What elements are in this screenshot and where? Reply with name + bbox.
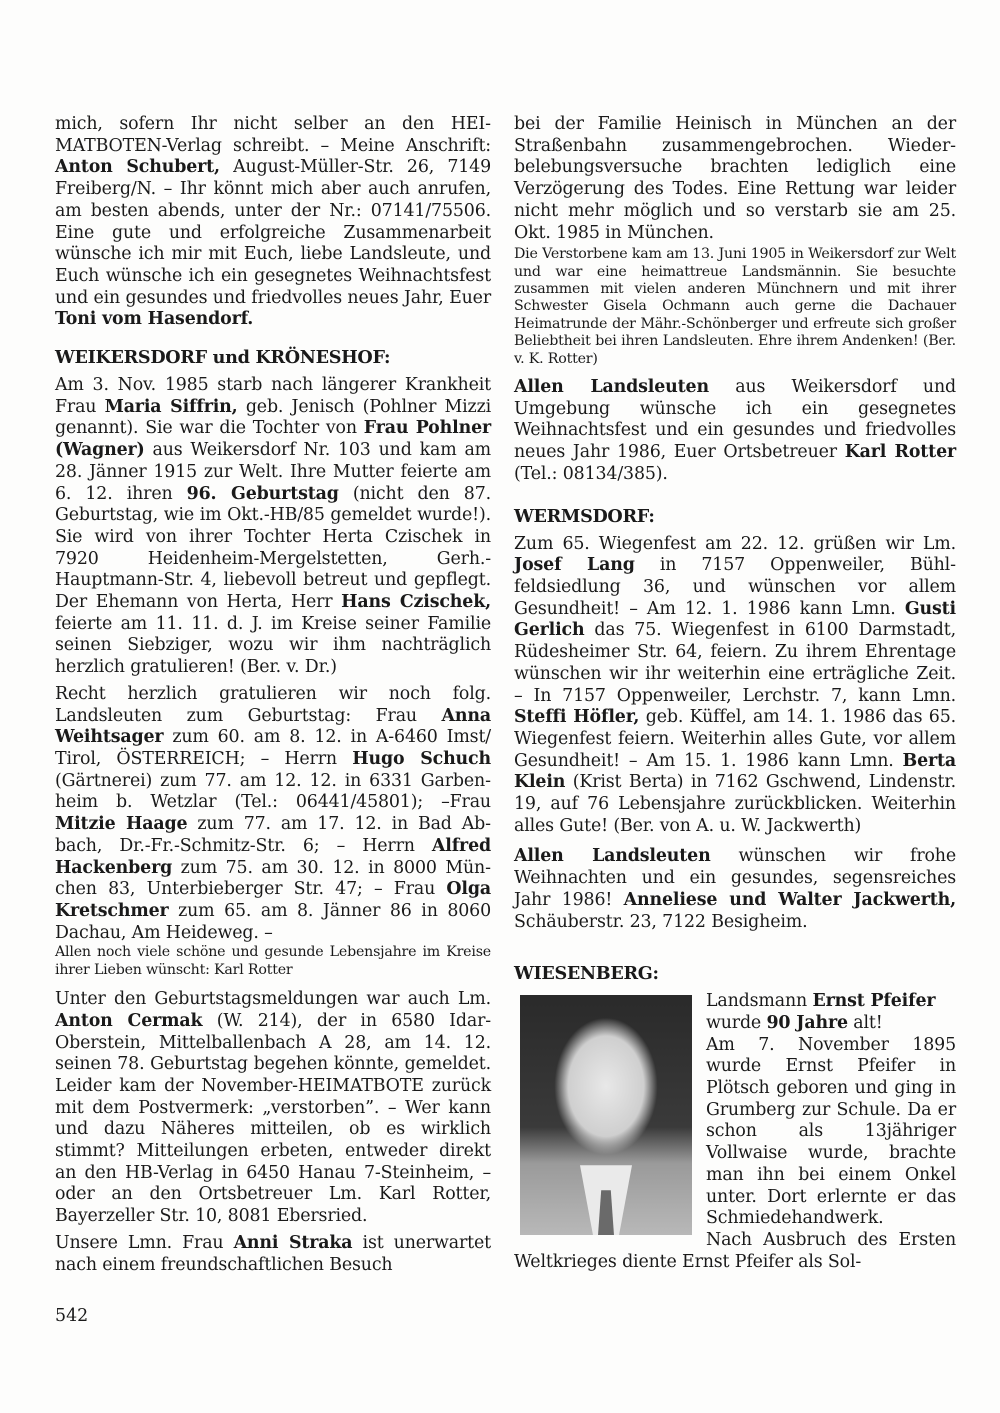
signature: Toni vom Hasendorf. [55,309,253,329]
bold-name: Steffi Höfler, [514,707,639,727]
text: Zum 65. Wiegenfest am 22. 12. grüßen wir… [514,534,956,554]
straka-continued-paragraph: bei der Familie Heinisch in München an d… [514,114,956,244]
signature: Karl Rotter [845,442,956,462]
pfeifer-war-paragraph: Nach Ausbruch des Er­sten Weltkrieges di… [514,1230,956,1273]
text: (W. 214), der in 6580 Idar-Oberstein, Mi… [55,1011,491,1226]
text: (Krist Berta) in 7162 Gschwend, Lindenst… [514,772,956,835]
bold-name: Maria Siffrin, [105,397,238,417]
text: (Gärtnerei) zum 77. am 12. 12. in 6331 G… [55,771,491,813]
text: (Tel.: 08134/385). [514,464,668,484]
section-heading-wiesenberg: WIESENBERG: [514,963,956,985]
text: Unsere Lmn. Frau [55,1233,234,1253]
wiesenberg-article: Landsmann Ernst Pfeifer wurde 90 Jahre a… [514,991,956,1273]
bold-name: Mitzie Haage [55,814,187,834]
right-column: bei der Familie Heinisch in München an d… [514,114,956,1273]
text: Unter den Geburtstagsmeldungen war auch … [55,989,491,1009]
jackwerth-greeting-paragraph: Allen Landsleuten wünschen wir frohe Wei… [514,846,956,933]
greeting-note-small: Allen noch viele schöne und gesunde Lebe… [55,944,491,979]
bold-text: 90 Jahre [766,1013,847,1033]
bold-name: Josef Lang [514,555,635,575]
text: Landsmann [706,991,812,1011]
intro-paragraph: mich, sofern Ihr nicht selber an den HEI… [55,114,491,331]
bold-name: Anton Cermak [55,1011,202,1031]
signature: Anneliese und Walter Jack­werth, [624,890,956,910]
obituary-paragraph: Am 3. Nov. 1985 starb nach längerer Kran… [55,375,491,679]
bold-text: Allen Landsleuten [514,846,711,866]
text: Schäuberstr. 23, 7122 Besigheim. [514,912,807,932]
section-heading-wermsdorf: WERMSDORF: [514,506,956,528]
bold-name: Hugo Schuch [352,749,491,769]
bold-name: Ernst Pfeifer [812,991,935,1011]
text: alt! [848,1013,883,1033]
newsletter-page: mich, sofern Ihr nicht selber an den HEI… [0,0,1000,1413]
bold-text: Allen Landsleuten [514,377,709,397]
straka-paragraph: Unsere Lmn. Frau Anni Straka ist unerwar… [55,1233,491,1276]
bold-text: 96. Ge­burtstag [187,484,339,504]
wermsdorf-birthdays-paragraph: Zum 65. Wiegenfest am 22. 12. grüßen wir… [514,534,956,838]
bold-name: Anni Straka [234,1233,353,1253]
text: Recht herzlich gratulieren wir noch folg… [55,684,491,726]
section-heading-weikersdorf: WEIKERSDORF und KRÖNESHOF: [55,347,491,369]
text: wurde [706,1013,766,1033]
portrait-photo [520,995,692,1235]
birthday-greetings-paragraph: Recht herzlich gratulieren wir noch folg… [55,684,491,944]
obituary-note-small: Die Verstorbene kam am 13. Juni 1905 in … [514,246,956,368]
left-column: mich, sofern Ihr nicht selber an den HEI… [55,114,491,1276]
text: August-Müller-Str. 26, 7149 Freiberg/N. … [55,157,491,307]
text: feierte am 11. 11. d. J. im Kreise seine… [55,614,491,677]
rotter-greeting-paragraph: Allen Landsleuten aus Weikersdorf und Um… [514,377,956,486]
text: mich, sofern Ihr nicht selber an den HEI… [55,114,491,156]
cermak-paragraph: Unter den Geburtstagsmeldungen war auch … [55,989,491,1228]
bold-name: Anton Schubert, [55,157,220,177]
page-number: 542 [55,1306,88,1326]
bold-name: Hans Czischek, [341,592,491,612]
